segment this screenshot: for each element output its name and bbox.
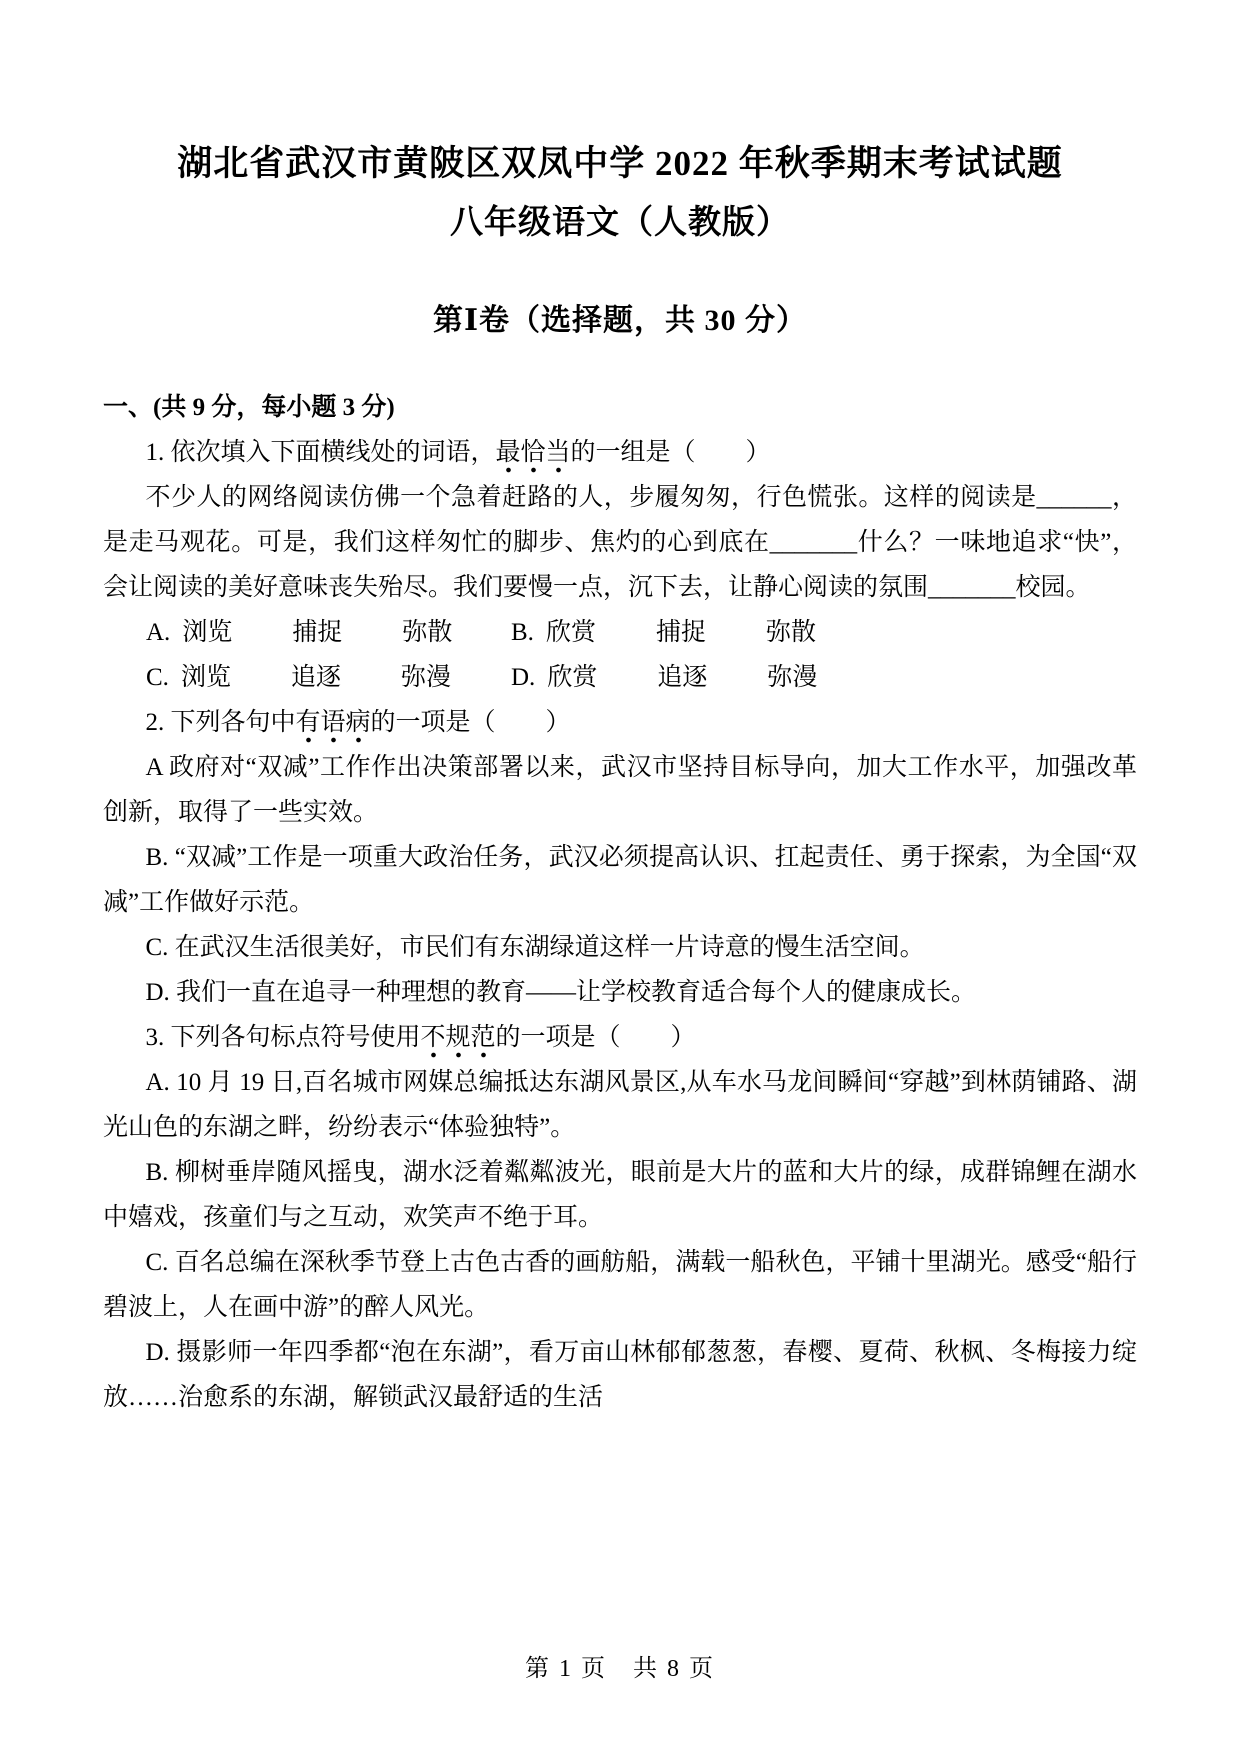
q1-option-a-word2: 捕捉 bbox=[292, 610, 342, 655]
q3-option-a: A. 10 月 19 日,百名城市网媒总编抵达东湖风景区,从车水马龙间瞬间“穿越… bbox=[103, 1060, 1137, 1150]
question-3: 3. 下列各句标点符号使用不规范的一项是（ ） A. 10 月 19 日,百名城… bbox=[103, 1015, 1137, 1420]
q1-option-d-word1: 欣赏 bbox=[547, 655, 597, 700]
q1-option-d: D. 欣赏 追逐 弥漫 bbox=[511, 655, 1137, 700]
q1-option-a-word3: 弥散 bbox=[402, 610, 452, 655]
question-2: 2. 下列各句中有语病的一项是（ ） A 政府对“双减”工作作出决策部署以来，武… bbox=[103, 700, 1137, 1015]
q1-option-b-word3: 弥散 bbox=[766, 610, 816, 655]
q3-option-c: C. 百名总编在深秋季节登上古色古香的画舫船，满载一船秋色，平铺十里湖光。感受“… bbox=[103, 1240, 1137, 1330]
exam-paper-page: 湖北省武汉市黄陂区双凤中学 2022 年秋季期末考试试题 八年级语文（人教版） … bbox=[0, 0, 1240, 1753]
q2-stem-emphasized: 有语病 bbox=[296, 709, 371, 744]
page-number-footer: 第 1 页 共 8 页 bbox=[0, 1648, 1240, 1683]
q1-option-a: A. 浏览 捕捉 弥散 bbox=[146, 610, 511, 655]
q1-stem-post: 的一组是（ ） bbox=[571, 439, 771, 466]
q1-stem-pre: 1. 依次填入下面横线处的词语， bbox=[146, 439, 496, 466]
q1-option-d-word2: 追逐 bbox=[657, 655, 707, 700]
q3-stem-emphasized: 不规范 bbox=[421, 1024, 496, 1059]
q1-option-c: C. 浏览 追逐 弥漫 bbox=[146, 655, 511, 700]
q2-stem-post: 的一项是（ ） bbox=[371, 709, 571, 736]
q1-option-c-word3: 弥漫 bbox=[401, 655, 451, 700]
q1-option-d-word3: 弥漫 bbox=[767, 655, 817, 700]
q2-option-a: A 政府对“双减”工作作出决策部署以来，武汉市坚持目标导向，加大工作水平，加强改… bbox=[103, 745, 1137, 835]
q3-stem: 3. 下列各句标点符号使用不规范的一项是（ ） bbox=[103, 1015, 1137, 1060]
q2-stem-pre: 2. 下列各句中 bbox=[146, 709, 296, 736]
q2-stem: 2. 下列各句中有语病的一项是（ ） bbox=[103, 700, 1137, 745]
q3-option-d: D. 摄影师一年四季都“泡在东湖”，看万亩山林郁郁葱葱，春樱、夏荷、秋枫、冬梅接… bbox=[103, 1330, 1137, 1420]
page-title-line1: 湖北省武汉市黄陂区双凤中学 2022 年秋季期末考试试题 bbox=[103, 142, 1137, 186]
q3-stem-post: 的一项是（ ） bbox=[496, 1024, 696, 1051]
q1-option-d-label: D. bbox=[511, 655, 535, 700]
q2-option-d: D. 我们一直在追寻一种理想的教育——让学校教育适合每个人的健康成长。 bbox=[103, 970, 1137, 1015]
section-heading: 第Ⅰ卷（选择题，共 30 分） bbox=[103, 303, 1137, 339]
q1-options: A. 浏览 捕捉 弥散 B. 欣赏 捕捉 弥散 C. 浏览 追逐 弥漫 D. 欣… bbox=[103, 610, 1137, 700]
q1-option-b-word1: 欣赏 bbox=[546, 610, 596, 655]
q3-stem-pre: 3. 下列各句标点符号使用 bbox=[146, 1024, 421, 1051]
question-1: 1. 依次填入下面横线处的词语，最恰当的一组是（ ） 不少人的网络阅读仿佛一个急… bbox=[103, 430, 1137, 700]
part-one-heading: 一、(共 9 分，每小题 3 分) bbox=[103, 385, 1137, 430]
q1-option-a-label: A. bbox=[146, 610, 170, 655]
q1-stem: 1. 依次填入下面横线处的词语，最恰当的一组是（ ） bbox=[103, 430, 1137, 475]
q2-option-c: C. 在武汉生活很美好，市民们有东湖绿道这样一片诗意的慢生活空间。 bbox=[103, 925, 1137, 970]
q1-option-b-word2: 捕捉 bbox=[656, 610, 706, 655]
q1-option-c-word2: 追逐 bbox=[291, 655, 341, 700]
q1-option-c-word1: 浏览 bbox=[181, 655, 231, 700]
q1-option-b: B. 欣赏 捕捉 弥散 bbox=[511, 610, 1137, 655]
q1-option-b-label: B. bbox=[511, 610, 534, 655]
q1-stem-emphasized: 最恰当 bbox=[496, 439, 571, 474]
page-title-line2: 八年级语文（人教版） bbox=[103, 204, 1137, 244]
q3-option-b: B. 柳树垂岸随风摇曳，湖水泛着粼粼波光，眼前是大片的蓝和大片的绿，成群锦鲤在湖… bbox=[103, 1150, 1137, 1240]
q1-passage: 不少人的网络阅读仿佛一个急着赶路的人，步履匆匆，行色慌张。这样的阅读是_____… bbox=[103, 475, 1137, 610]
q2-option-b: B. “双减”工作是一项重大政治任务，武汉必须提高认识、扛起责任、勇于探索，为全… bbox=[103, 835, 1137, 925]
q1-option-c-label: C. bbox=[146, 655, 169, 700]
q1-option-a-word1: 浏览 bbox=[182, 610, 232, 655]
